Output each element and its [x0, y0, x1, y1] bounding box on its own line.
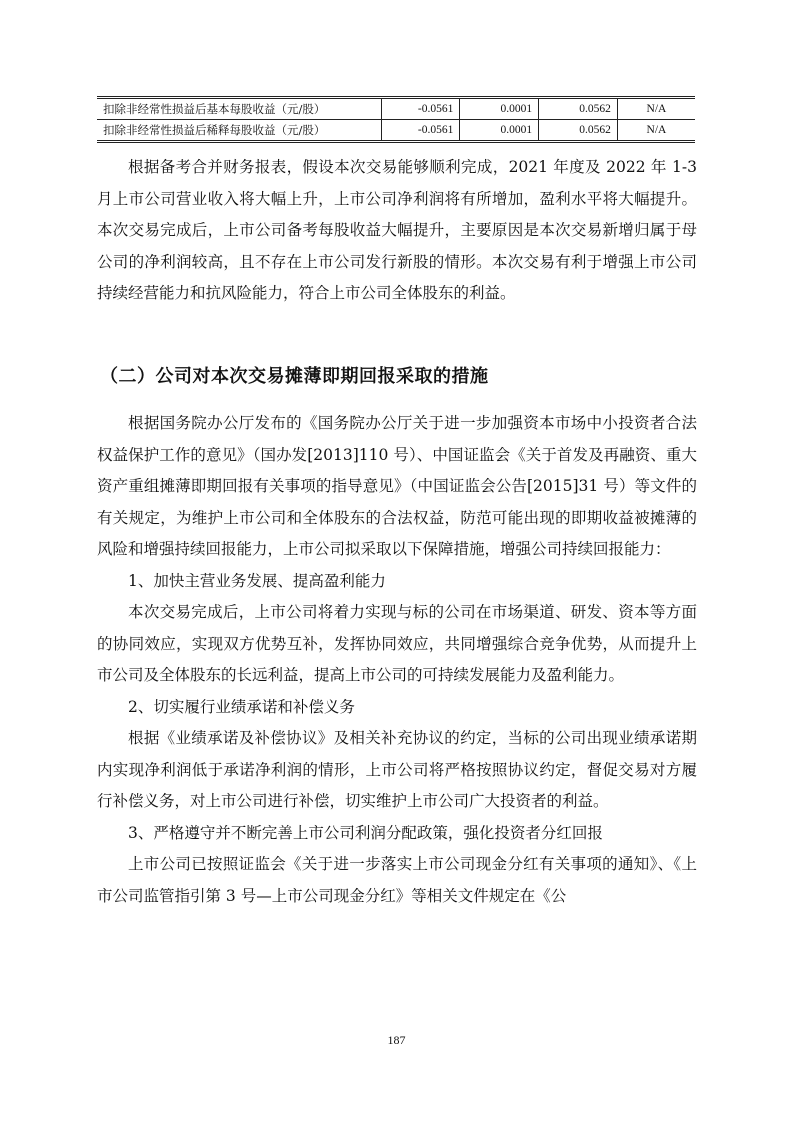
measure-2-title: 2、切实履行业绩承诺和补偿义务 [97, 692, 697, 724]
cell-value: -0.0561 [381, 98, 460, 120]
measure-1-text: 本次交易完成后，上市公司将着力实现与标的公司在市场渠道、研发、资本等方面的协同效… [97, 597, 697, 692]
table-row: 扣除非经常性损益后稀释每股收益（元/股） -0.0561 0.0001 0.05… [97, 120, 695, 142]
intro-paragraph: 根据国务院办公厅发布的《国务院办公厅关于进一步加强资本市场中小投资者合法权益保护… [97, 408, 697, 566]
measure-1-title: 1、加快主营业务发展、提高盈利能力 [97, 566, 697, 598]
page-number: 187 [0, 1033, 793, 1048]
measure-3-text: 上市公司已按照证监会《关于进一步落实上市公司现金分红有关事项的通知》、《上市公司… [97, 849, 697, 912]
cell-value: N/A [617, 98, 695, 120]
measure-2-text: 根据《业绩承诺及补偿协议》及相关补充协议的约定，当标的公司出现业绩承诺期内实现净… [97, 723, 697, 818]
eps-table: 扣除非经常性损益后基本每股收益（元/股） -0.0561 0.0001 0.05… [97, 96, 695, 143]
cell-value: -0.0561 [381, 120, 460, 142]
cell-value: 0.0562 [539, 120, 618, 142]
summary-paragraph: 根据备考合并财务报表，假设本次交易能够顺利完成，2021 年度及 2022 年 … [97, 152, 697, 310]
document-page: 扣除非经常性损益后基本每股收益（元/股） -0.0561 0.0001 0.05… [0, 0, 793, 1122]
measure-3-title: 3、严格遵守并不断完善上市公司利润分配政策，强化投资者分红回报 [97, 818, 697, 850]
row-label: 扣除非经常性损益后稀释每股收益（元/股） [97, 120, 381, 142]
section-heading: （二）公司对本次交易摊薄即期回报采取的措施 [100, 362, 489, 388]
row-label: 扣除非经常性损益后基本每股收益（元/股） [97, 98, 381, 120]
cell-value: 0.0562 [539, 98, 618, 120]
cell-value: 0.0001 [460, 120, 539, 142]
summary-section: 根据备考合并财务报表，假设本次交易能够顺利完成，2021 年度及 2022 年 … [97, 152, 697, 310]
cell-value: 0.0001 [460, 98, 539, 120]
cell-value: N/A [617, 120, 695, 142]
measures-section: 根据国务院办公厅发布的《国务院办公厅关于进一步加强资本市场中小投资者合法权益保护… [97, 408, 697, 912]
table-row: 扣除非经常性损益后基本每股收益（元/股） -0.0561 0.0001 0.05… [97, 98, 695, 120]
